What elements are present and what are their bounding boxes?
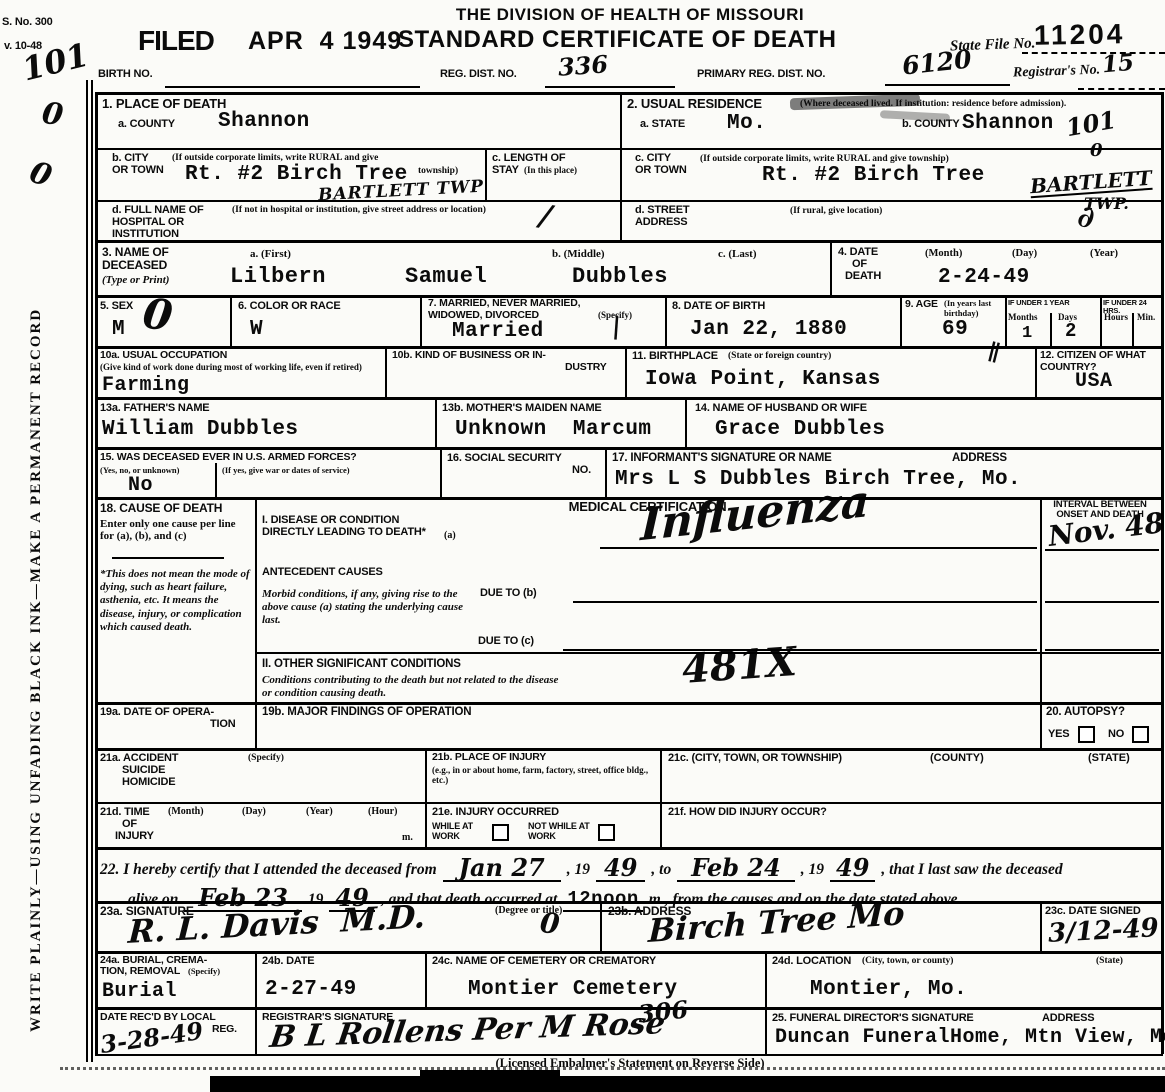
while-at-work-label: WHILE AT WORK <box>432 822 488 842</box>
filed-stamp-date: APR 4 1949 <box>248 27 402 56</box>
grid-line <box>1040 702 1042 748</box>
occupation-note: (Give kind of work done during most of w… <box>100 362 380 372</box>
grid-line <box>1040 497 1042 702</box>
dob-label: 8. DATE OF BIRTH <box>672 300 765 312</box>
birthplace-value: Iowa Point, Kansas <box>645 368 881 391</box>
name-first-label: a. (First) <box>250 248 291 260</box>
grid-line <box>385 346 387 397</box>
grid-line <box>425 748 427 802</box>
res-city-value: Rt. #2 Birch Tree <box>762 164 985 187</box>
name-middle-label: b. (Middle) <box>552 248 605 260</box>
name-type-or-print: (Type or Print) <box>102 274 169 287</box>
injury-city-label: 21c. (CITY, TOWN, OR TOWNSHIP) <box>668 752 842 764</box>
age-note: (In years last birthday) <box>944 299 1002 318</box>
other-conditions-title: II. OTHER SIGNIFICANT CONDITIONS <box>262 658 461 671</box>
reg-dist-label: REG. DIST. NO. <box>440 68 517 80</box>
time-of-injury-label: 21d. TIME <box>100 806 150 818</box>
other-conditions-note: Conditions contributing to the death but… <box>262 674 562 700</box>
burial-date-value: 2-27-49 <box>265 978 357 1001</box>
division-title: THE DIVISION OF HEALTH OF MISSOURI <box>95 6 1165 25</box>
grid-line <box>625 346 627 397</box>
pod-county-label: a. COUNTY <box>118 118 175 130</box>
scan-black-bar <box>210 1076 1165 1092</box>
marital-value: Married <box>452 320 544 343</box>
grid-line <box>885 84 1010 86</box>
signature-flourish-mark: 0 <box>539 909 561 939</box>
grid-line <box>255 652 1163 654</box>
funeral-director-address-label: ADDRESS <box>1042 1012 1094 1024</box>
burial-location-note: (City, town, or county) <box>862 956 953 967</box>
age-value: 69 <box>942 318 968 341</box>
grid-line <box>95 748 1163 751</box>
pod-hospital-label: d. FULL NAME OF HOSPITAL OR INSTITUTION <box>112 204 232 240</box>
usual-residence-title: 2. USUAL RESIDENCE <box>627 97 762 111</box>
grid-line <box>255 1007 257 1054</box>
sex-label: 5. SEX <box>100 300 133 312</box>
grid-line <box>830 240 832 295</box>
grid-line <box>1132 313 1134 346</box>
registrar-handwritten-306: 306 <box>637 997 689 1026</box>
injury-m-label: m. <box>402 832 413 843</box>
primary-reg-dist-label: PRIMARY REG. DIST. NO. <box>697 68 825 80</box>
grid-line <box>1045 549 1159 551</box>
sex-value: M <box>112 318 125 341</box>
cert-from-year-handwritten: 49 <box>596 856 645 882</box>
dod-value: 2-24-49 <box>938 266 1030 289</box>
cert-from-date-handwritten: Jan 27 <box>443 856 561 882</box>
date-of-death-label3: DEATH <box>845 270 881 282</box>
antecedent-label: ANTECEDENT CAUSES <box>262 566 383 578</box>
grid-line <box>95 148 1163 150</box>
grid-line <box>95 200 1163 202</box>
disease-a-label: (a) <box>444 530 456 541</box>
grid-line <box>1045 601 1159 603</box>
burial-location-state-note: (State) <box>1096 956 1123 967</box>
autopsy-no-checkbox <box>1132 726 1149 743</box>
name-last-value: Dubbles <box>572 264 668 289</box>
margin-scribble-1: 0 <box>40 99 65 132</box>
date-of-death-label1: 4. DATE <box>838 246 878 258</box>
grid-line <box>660 748 662 802</box>
grid-line <box>112 557 224 559</box>
state-file-no-value: 11204 <box>1034 19 1126 51</box>
time-of-injury-label2: OF <box>122 818 137 830</box>
min-label: Min. <box>1137 312 1155 322</box>
burial-label2: TION, REMOVAL <box>100 966 180 978</box>
business-label: 10b. KIND OF BUSINESS OR IN- <box>392 350 546 362</box>
funeral-director-label: 25. FUNERAL DIRECTOR'S SIGNATURE <box>772 1012 974 1024</box>
grid-line <box>165 86 420 88</box>
burial-location-value: Montier, Mo. <box>810 978 967 1001</box>
name-middle-value: Samuel <box>405 264 487 289</box>
place-of-injury-label: 21b. PLACE OF INJURY <box>432 752 546 764</box>
sex-handwritten-mark: 0 <box>140 292 175 338</box>
grid-line <box>605 447 607 497</box>
birthplace-note: (State or foreign country) <box>728 351 831 362</box>
cert-to-date-handwritten: Feb 24 <box>677 856 795 882</box>
armed-forces-value: No <box>128 474 153 497</box>
pod-stay-note: (In this place) <box>524 165 577 175</box>
dod-year-label: (Year) <box>1090 248 1118 260</box>
cert-text: , 19 <box>801 861 824 880</box>
birth-no-label: BIRTH NO. <box>98 68 152 80</box>
dob-value: Jan 22, 1880 <box>690 318 847 341</box>
res-street-handwritten-mark: ∂ <box>1075 202 1097 235</box>
business-label2: DUSTRY <box>565 362 607 374</box>
pod-stay-label: c. LENGTH OF <box>492 152 565 164</box>
disease-label2: DIRECTLY LEADING TO DEATH* <box>262 526 426 538</box>
burial-location-label: 24d. LOCATION <box>772 955 851 967</box>
res-county-handwritten-101: 101 <box>1064 108 1118 140</box>
grid-line <box>1035 346 1037 397</box>
accident-label: 21a. ACCIDENT <box>100 752 178 764</box>
death-certificate-scan: S. No. 300 v. 10-48 101 0 0 WRITE PLAINL… <box>0 0 1165 1092</box>
cert-text: , 19 <box>567 861 590 880</box>
grid-line <box>1005 295 1007 346</box>
autopsy-yes-label: YES <box>1048 728 1069 740</box>
grid-line <box>1050 313 1052 346</box>
disease-label1: I. DISEASE OR CONDITION <box>262 514 399 526</box>
injury-county-label: (COUNTY) <box>930 752 984 764</box>
suicide-label: SUICIDE <box>122 764 165 776</box>
autopsy-yes-checkbox <box>1078 726 1095 743</box>
father-name-label: 13a. FATHER'S NAME <box>100 402 209 414</box>
grid-line <box>95 346 1163 349</box>
grid-line <box>685 397 687 447</box>
dod-month-label: (Month) <box>925 248 962 260</box>
grid-line <box>660 802 662 847</box>
cert-text: , that I last saw the deceased <box>881 861 1062 880</box>
grid-line <box>1022 52 1165 54</box>
age-label: 9. AGE <box>905 299 938 311</box>
pod-city-note2: township) <box>418 166 458 177</box>
grid-line <box>91 80 93 1062</box>
res-city-label: c. CITY OR TOWN <box>635 152 687 176</box>
grid-line <box>765 1007 767 1054</box>
name-of-deceased-title: 3. NAME OF DECEASED <box>102 246 222 272</box>
date-signed-handwritten: 3/12-49 <box>1047 915 1159 947</box>
grid-line <box>95 447 1163 450</box>
informant-address-label: ADDRESS <box>952 452 1007 465</box>
grid-line <box>425 951 427 1007</box>
grid-line <box>1161 92 1164 1054</box>
pod-hospital-note: (If not in hospital or institution, give… <box>232 205 572 216</box>
grid-line <box>255 497 257 702</box>
grid-line <box>95 847 1163 850</box>
grid-line <box>230 295 232 346</box>
grid-line <box>435 397 437 447</box>
grid-line <box>1100 295 1102 346</box>
date-of-operation-label2: TION <box>210 718 235 730</box>
grid-line <box>600 901 602 951</box>
not-while-at-work-label: NOT WHILE AT WORK <box>528 822 594 842</box>
cemetery-value: Montier Cemetery <box>468 978 678 1001</box>
grid-line <box>95 295 1163 298</box>
injury-occurred-label: 21e. INJURY OCCURRED <box>432 806 559 818</box>
pod-stay-label2: STAY <box>492 164 519 176</box>
cause-instruction1: Enter only one cause per line for (a), (… <box>100 518 248 543</box>
father-name-value: William Dubbles <box>102 418 299 441</box>
major-findings-label: 19b. MAJOR FINDINGS OF OPERATION <box>262 706 471 719</box>
informant-label: 17. INFORMANT'S SIGNATURE OR NAME <box>612 452 832 465</box>
name-last-label: c. (Last) <box>718 248 757 260</box>
birthplace-label: 11. BIRTHPLACE <box>632 350 718 362</box>
grid-line <box>545 86 675 88</box>
pod-city-label: b. CITY OR TOWN <box>112 152 164 176</box>
due-to-b-label: DUE TO (b) <box>480 587 536 599</box>
primary-reg-dist-value: 6120 <box>901 46 973 78</box>
months-value: 1 <box>1022 324 1033 343</box>
grid-line <box>620 92 622 240</box>
cause-instruction2: *This does not mean the mode of dying, s… <box>100 568 250 634</box>
pod-county-value: Shannon <box>218 110 310 133</box>
color-race-value: W <box>250 318 263 341</box>
grid-line <box>255 702 257 748</box>
while-at-work-checkbox <box>492 824 509 841</box>
margin-vertical-instruction: WRITE PLAINLY—USING UNFADING BLACK INK—M… <box>28 232 45 1032</box>
res-county-value: Shannon <box>962 112 1054 135</box>
date-recd-handwritten: 3-28-49 <box>99 1019 205 1057</box>
months-label: Months <box>1008 312 1038 322</box>
grid-line <box>600 547 1037 549</box>
grid-line <box>95 901 1163 904</box>
grid-line <box>420 295 422 346</box>
res-state-label: a. STATE <box>640 118 685 130</box>
hours-label: Hours <box>1104 312 1128 322</box>
grid-line <box>255 951 257 1007</box>
cause-of-death-title: 18. CAUSE OF DEATH <box>100 502 222 515</box>
name-first-value: Lilbern <box>230 264 326 289</box>
res-county-label: b. COUNTY <box>902 118 959 130</box>
res-scribble: 0 <box>1090 142 1103 160</box>
scan-noise-dotted-line <box>60 1067 1165 1070</box>
days-value: 2 <box>1065 320 1077 342</box>
filed-stamp: FILED <box>138 26 214 57</box>
cert-to-year-handwritten: 49 <box>830 856 875 882</box>
ssn-label2: NO. <box>572 464 591 476</box>
grid-line <box>665 295 667 346</box>
registrar-no-label: Registrar's No. <box>1013 62 1101 82</box>
morbid-note: Morbid conditions, if any, giving rise t… <box>262 588 474 628</box>
mother-name-label: 13b. MOTHER'S MAIDEN NAME <box>442 402 602 414</box>
res-street-label: d. STREET ADDRESS <box>635 204 725 228</box>
grid-line <box>86 80 88 1062</box>
marital-handwritten-mark: | <box>611 314 621 339</box>
grid-line <box>485 148 487 200</box>
autopsy-label: 20. AUTOPSY? <box>1046 706 1125 719</box>
grid-line <box>1040 901 1042 951</box>
armed-forces-label: 15. WAS DECEASED EVER IN U.S. ARMED FORC… <box>100 452 356 464</box>
time-of-injury-label3: INJURY <box>115 830 154 842</box>
injury-month-label: (Month) <box>168 806 204 817</box>
spouse-name-value: Grace Dubbles <box>715 418 885 441</box>
res-state-value: Mo. <box>727 112 766 135</box>
grid-line <box>1045 649 1159 651</box>
date-of-death-label2: OF <box>852 258 867 270</box>
autopsy-no-label: NO <box>1108 728 1124 740</box>
grid-line <box>425 802 427 847</box>
grid-line <box>95 240 1163 243</box>
accident-specify-note: (Specify) <box>248 753 284 764</box>
homicide-label: HOMICIDE <box>122 776 175 788</box>
mother-name-value: Unknown Marcum <box>455 418 652 441</box>
grid-line <box>95 1054 1163 1056</box>
spouse-name-label: 14. NAME OF HUSBAND OR WIFE <box>695 402 867 414</box>
grid-line <box>563 649 1037 651</box>
cert-text: , to <box>651 861 671 880</box>
form-number: S. No. 300 <box>2 16 53 28</box>
grid-line <box>95 802 1163 804</box>
date-recd-label2: REG. <box>212 1024 237 1036</box>
res-street-note: (If rural, give location) <box>790 206 882 217</box>
date-of-operation-label: 19a. DATE OF OPERA- <box>100 706 214 718</box>
certificate-title: STANDARD CERTIFICATE OF DEATH <box>398 27 836 53</box>
occupation-value: Farming <box>102 374 190 397</box>
margin-scribble-2: 0 <box>26 158 55 193</box>
registrar-no-value: 15 <box>1101 51 1135 77</box>
grid-line <box>900 295 902 346</box>
grid-line <box>215 463 217 497</box>
grid-line <box>440 447 442 497</box>
grid-line <box>1078 88 1165 90</box>
place-of-death-title: 1. PLACE OF DEATH <box>102 97 226 111</box>
grid-line <box>95 397 1163 400</box>
dod-day-label: (Day) <box>1012 248 1037 260</box>
how-injury-occur-label: 21f. HOW DID INJURY OCCUR? <box>668 806 827 818</box>
due-to-c-label: DUE TO (c) <box>478 635 534 647</box>
burial-specify-note: (Specify) <box>188 967 220 977</box>
grid-line <box>95 92 98 1054</box>
birthplace-handwritten-mark: ∥ <box>986 341 1003 365</box>
injury-year-label: (Year) <box>306 806 333 817</box>
place-of-injury-note: (e.g., in or about home, farm, factory, … <box>432 765 650 785</box>
citizen-value: USA <box>1075 370 1113 393</box>
grid-line <box>765 951 767 1007</box>
grid-line <box>95 92 1163 95</box>
burial-date-label: 24b. DATE <box>262 955 314 967</box>
color-race-label: 6. COLOR OR RACE <box>238 300 341 312</box>
injury-hour-label: (Hour) <box>368 806 397 817</box>
injury-day-label: (Day) <box>242 806 266 817</box>
cemetery-label: 24c. NAME OF CEMETERY OR CREMATORY <box>432 955 656 967</box>
reg-dist-value: 336 <box>557 52 609 79</box>
grid-line <box>573 601 1037 603</box>
cert-text: 22. I hereby certify that I attended the… <box>100 861 437 880</box>
if-under-1-year-label: IF UNDER 1 YEAR <box>1008 299 1069 307</box>
occupation-label: 10a. USUAL OCCUPATION <box>100 350 227 362</box>
ssn-label: 16. SOCIAL SECURITY <box>447 452 562 464</box>
not-while-at-work-checkbox <box>598 824 615 841</box>
injury-state-label: (STATE) <box>1088 752 1130 764</box>
burial-value: Burial <box>102 980 177 1003</box>
funeral-director-value: Duncan FuneralHome, Mtn View, Mo <box>775 1026 1165 1049</box>
armed-forces-note2: (If yes, give war or dates of service) <box>222 466 422 476</box>
